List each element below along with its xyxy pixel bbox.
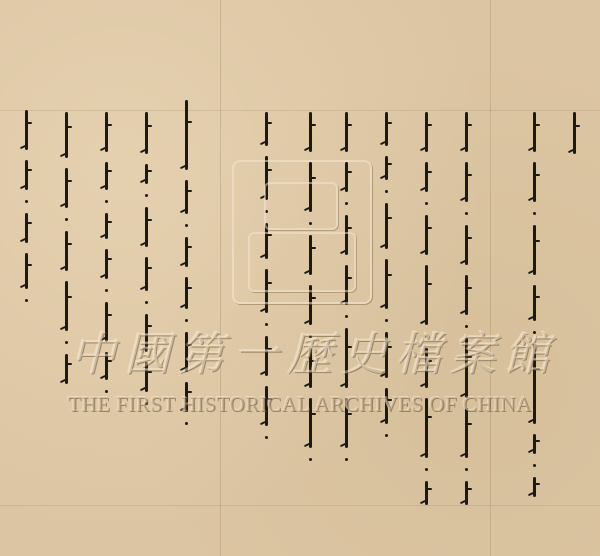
watermark-character: 一 xyxy=(233,318,279,384)
watermark-english-text: THE FIRST HISTORICAL ARCHIVES OF CHINA xyxy=(68,392,548,417)
punctuation-dot xyxy=(533,212,536,215)
watermark-character: 第 xyxy=(179,318,225,384)
script-word xyxy=(385,203,388,249)
script-word xyxy=(105,112,108,152)
script-word xyxy=(425,162,428,192)
punctuation-dot xyxy=(385,434,388,437)
text-column xyxy=(458,112,474,515)
watermark-character: 國 xyxy=(124,318,170,384)
watermark-character: 館 xyxy=(504,318,550,384)
script-word xyxy=(425,481,428,505)
script-word xyxy=(65,231,68,271)
script-word xyxy=(465,481,468,505)
script-word xyxy=(185,277,188,309)
script-word xyxy=(265,112,268,146)
script-word xyxy=(385,112,388,146)
script-word xyxy=(185,237,188,267)
punctuation-dot xyxy=(145,194,148,197)
script-word xyxy=(105,162,108,190)
script-word xyxy=(65,354,68,384)
text-column xyxy=(526,112,542,507)
script-word xyxy=(105,213,108,239)
script-word xyxy=(385,259,388,309)
script-word xyxy=(425,215,428,255)
watermark-character: 中 xyxy=(70,318,116,384)
script-word xyxy=(145,257,148,291)
script-word xyxy=(385,156,388,180)
document-scan: 中國第一歷史檔案館 THE FIRST HISTORICAL ARCHIVES … xyxy=(0,0,600,556)
script-word xyxy=(25,160,28,190)
watermark-character: 案 xyxy=(450,318,496,384)
script-word xyxy=(533,434,536,454)
script-word xyxy=(465,112,468,152)
fold-line-vertical xyxy=(490,0,491,556)
fold-line-horizontal xyxy=(0,110,600,111)
punctuation-dot xyxy=(533,464,536,467)
watermark-character: 史 xyxy=(341,318,387,384)
punctuation-dot xyxy=(465,468,468,471)
punctuation-dot xyxy=(265,436,268,439)
punctuation-dot xyxy=(425,202,428,205)
punctuation-dot xyxy=(145,301,148,304)
fold-line-vertical xyxy=(220,0,221,556)
script-word xyxy=(25,213,28,243)
script-word xyxy=(65,112,68,158)
punctuation-dot xyxy=(65,341,68,344)
punctuation-dot xyxy=(345,458,348,461)
script-word xyxy=(533,225,536,275)
text-column xyxy=(18,110,34,312)
punctuation-dot xyxy=(105,200,108,203)
punctuation-dot xyxy=(25,200,28,203)
watermark-chinese-text: 中國第一歷史檔案館 xyxy=(70,318,550,384)
text-column xyxy=(178,100,194,435)
punctuation-dot xyxy=(185,224,188,227)
text-column xyxy=(418,112,434,515)
script-word xyxy=(145,207,148,247)
punctuation-dot xyxy=(185,422,188,425)
script-word xyxy=(309,112,312,152)
punctuation-dot xyxy=(65,218,68,221)
script-word xyxy=(465,275,468,315)
script-word xyxy=(185,100,188,170)
punctuation-dot xyxy=(309,458,312,461)
script-word xyxy=(185,180,188,214)
archive-seal-icon xyxy=(232,160,372,304)
script-word xyxy=(425,112,428,152)
script-word xyxy=(145,112,148,154)
script-word xyxy=(573,112,576,154)
script-word xyxy=(465,162,468,202)
script-word xyxy=(145,164,148,184)
punctuation-dot xyxy=(25,299,28,302)
script-word xyxy=(25,110,28,150)
punctuation-dot xyxy=(385,190,388,193)
script-word xyxy=(105,249,108,279)
script-word xyxy=(465,225,468,265)
script-word xyxy=(533,162,536,202)
script-word xyxy=(533,112,536,152)
script-word xyxy=(65,168,68,208)
punctuation-dot xyxy=(465,212,468,215)
script-word xyxy=(65,281,68,331)
fold-line-horizontal xyxy=(0,505,600,506)
punctuation-dot xyxy=(425,468,428,471)
watermark-character: 歷 xyxy=(287,318,333,384)
script-word xyxy=(345,112,348,152)
script-word xyxy=(533,285,536,321)
punctuation-dot xyxy=(105,289,108,292)
text-column xyxy=(566,112,582,164)
script-word xyxy=(533,477,536,497)
watermark-character: 檔 xyxy=(396,318,442,384)
script-word xyxy=(25,253,28,289)
script-word xyxy=(425,265,428,325)
